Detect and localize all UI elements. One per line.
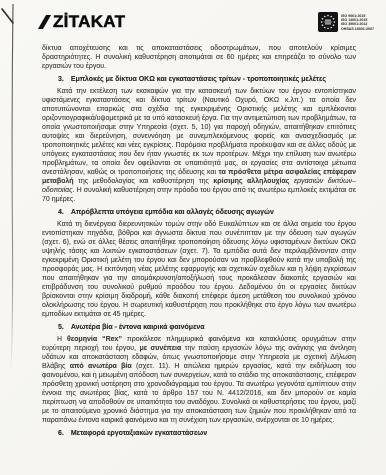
text-run: Η bbox=[57, 336, 67, 343]
text-run: Κατά τη διενέργεια διερευνητικών τομών σ… bbox=[42, 221, 356, 318]
corner-pen-mark-icon bbox=[2, 9, 13, 23]
section-number: 5. bbox=[58, 324, 64, 331]
text-run: από ανωτέρα βία bbox=[70, 363, 132, 370]
section-title: Ανωτέρα βία - έντονα καιρικά φαινόμενα bbox=[71, 324, 205, 331]
text-run: δίκτυα αποχέτευσης και τις αποκαταστάσει… bbox=[42, 45, 356, 70]
certification-badge: ISO 9001:2015 ISO 14001:2015 ISO 39001:2… bbox=[318, 12, 374, 33]
text-run: Κατά την εκτέλεση των εκσκαφών για την κ… bbox=[42, 88, 356, 176]
section-heading: 4.Απρόβλεπτα υπόγεια εμπόδια και αλλαγές… bbox=[58, 208, 356, 217]
logo-slash-icon bbox=[38, 15, 51, 29]
section-number: 4. bbox=[58, 209, 64, 216]
section-title: Απρόβλεπτα υπόγεια εμπόδια και αλλαγές ό… bbox=[71, 209, 274, 216]
section-number: 6. bbox=[58, 430, 64, 437]
document-body: δίκτυα αποχέτευσης και τις αποκαταστάσει… bbox=[42, 44, 356, 441]
section-title: Εμπλοκές με δίκτυα ΟΚΩ και εγκαταστάσεις… bbox=[71, 76, 326, 83]
paragraph: Η θεομηνία “Rex” προκάλεσε πλημμυρικά φα… bbox=[42, 335, 356, 425]
logo-text: ZİTAKAT bbox=[53, 13, 125, 31]
document-page: ZİTAKAT ISO 9001:2015 ISO 14001:2015 ISO bbox=[0, 0, 386, 475]
iso-badge-icon bbox=[318, 12, 338, 32]
section-heading: 3.Εμπλοκές με δίκτυα ΟΚΩ και εγκαταστάσε… bbox=[58, 75, 356, 84]
fold-line-icon bbox=[11, 4, 13, 372]
text-run: θεομηνία “Rex” bbox=[67, 336, 122, 343]
section-heading: 6.Μεταφορά εργοταξιακών εγκαταστάσεων bbox=[58, 429, 356, 438]
text-run: με συνέπεια bbox=[139, 345, 181, 352]
cert-line: OHSAS 18001:2007 bbox=[341, 27, 374, 31]
text-run: (σχετ. 11). Η απώλεια ημερών εργασίας, κ… bbox=[42, 363, 356, 424]
section-title: Μεταφορά εργοταξιακών εγκαταστάσεων bbox=[71, 430, 207, 437]
paragraph: Κατά τη διενέργεια διερευνητικών τομών σ… bbox=[42, 220, 356, 319]
section-number: 3. bbox=[58, 76, 64, 83]
text-run: . Η συνολική καθυστέρηση στην πρόοδο του… bbox=[42, 187, 356, 203]
text-run: της μεθοδολογίας και καθυστέρηση της bbox=[74, 178, 214, 185]
certification-list: ISO 9001:2015 ISO 14001:2015 ISO 39001:2… bbox=[341, 12, 374, 33]
section-heading: 5.Ανωτέρα βία - έντονα καιρικά φαινόμενα bbox=[58, 323, 356, 332]
text-run: κρίσιμης αλληλουχίας bbox=[213, 178, 289, 185]
paragraph: δίκτυα αποχέτευσης και τις αποκαταστάσει… bbox=[42, 44, 356, 71]
paragraph: Κατά την εκτέλεση των εκσκαφών για την κ… bbox=[42, 87, 356, 204]
company-logo: ZİTAKAT bbox=[38, 13, 125, 31]
